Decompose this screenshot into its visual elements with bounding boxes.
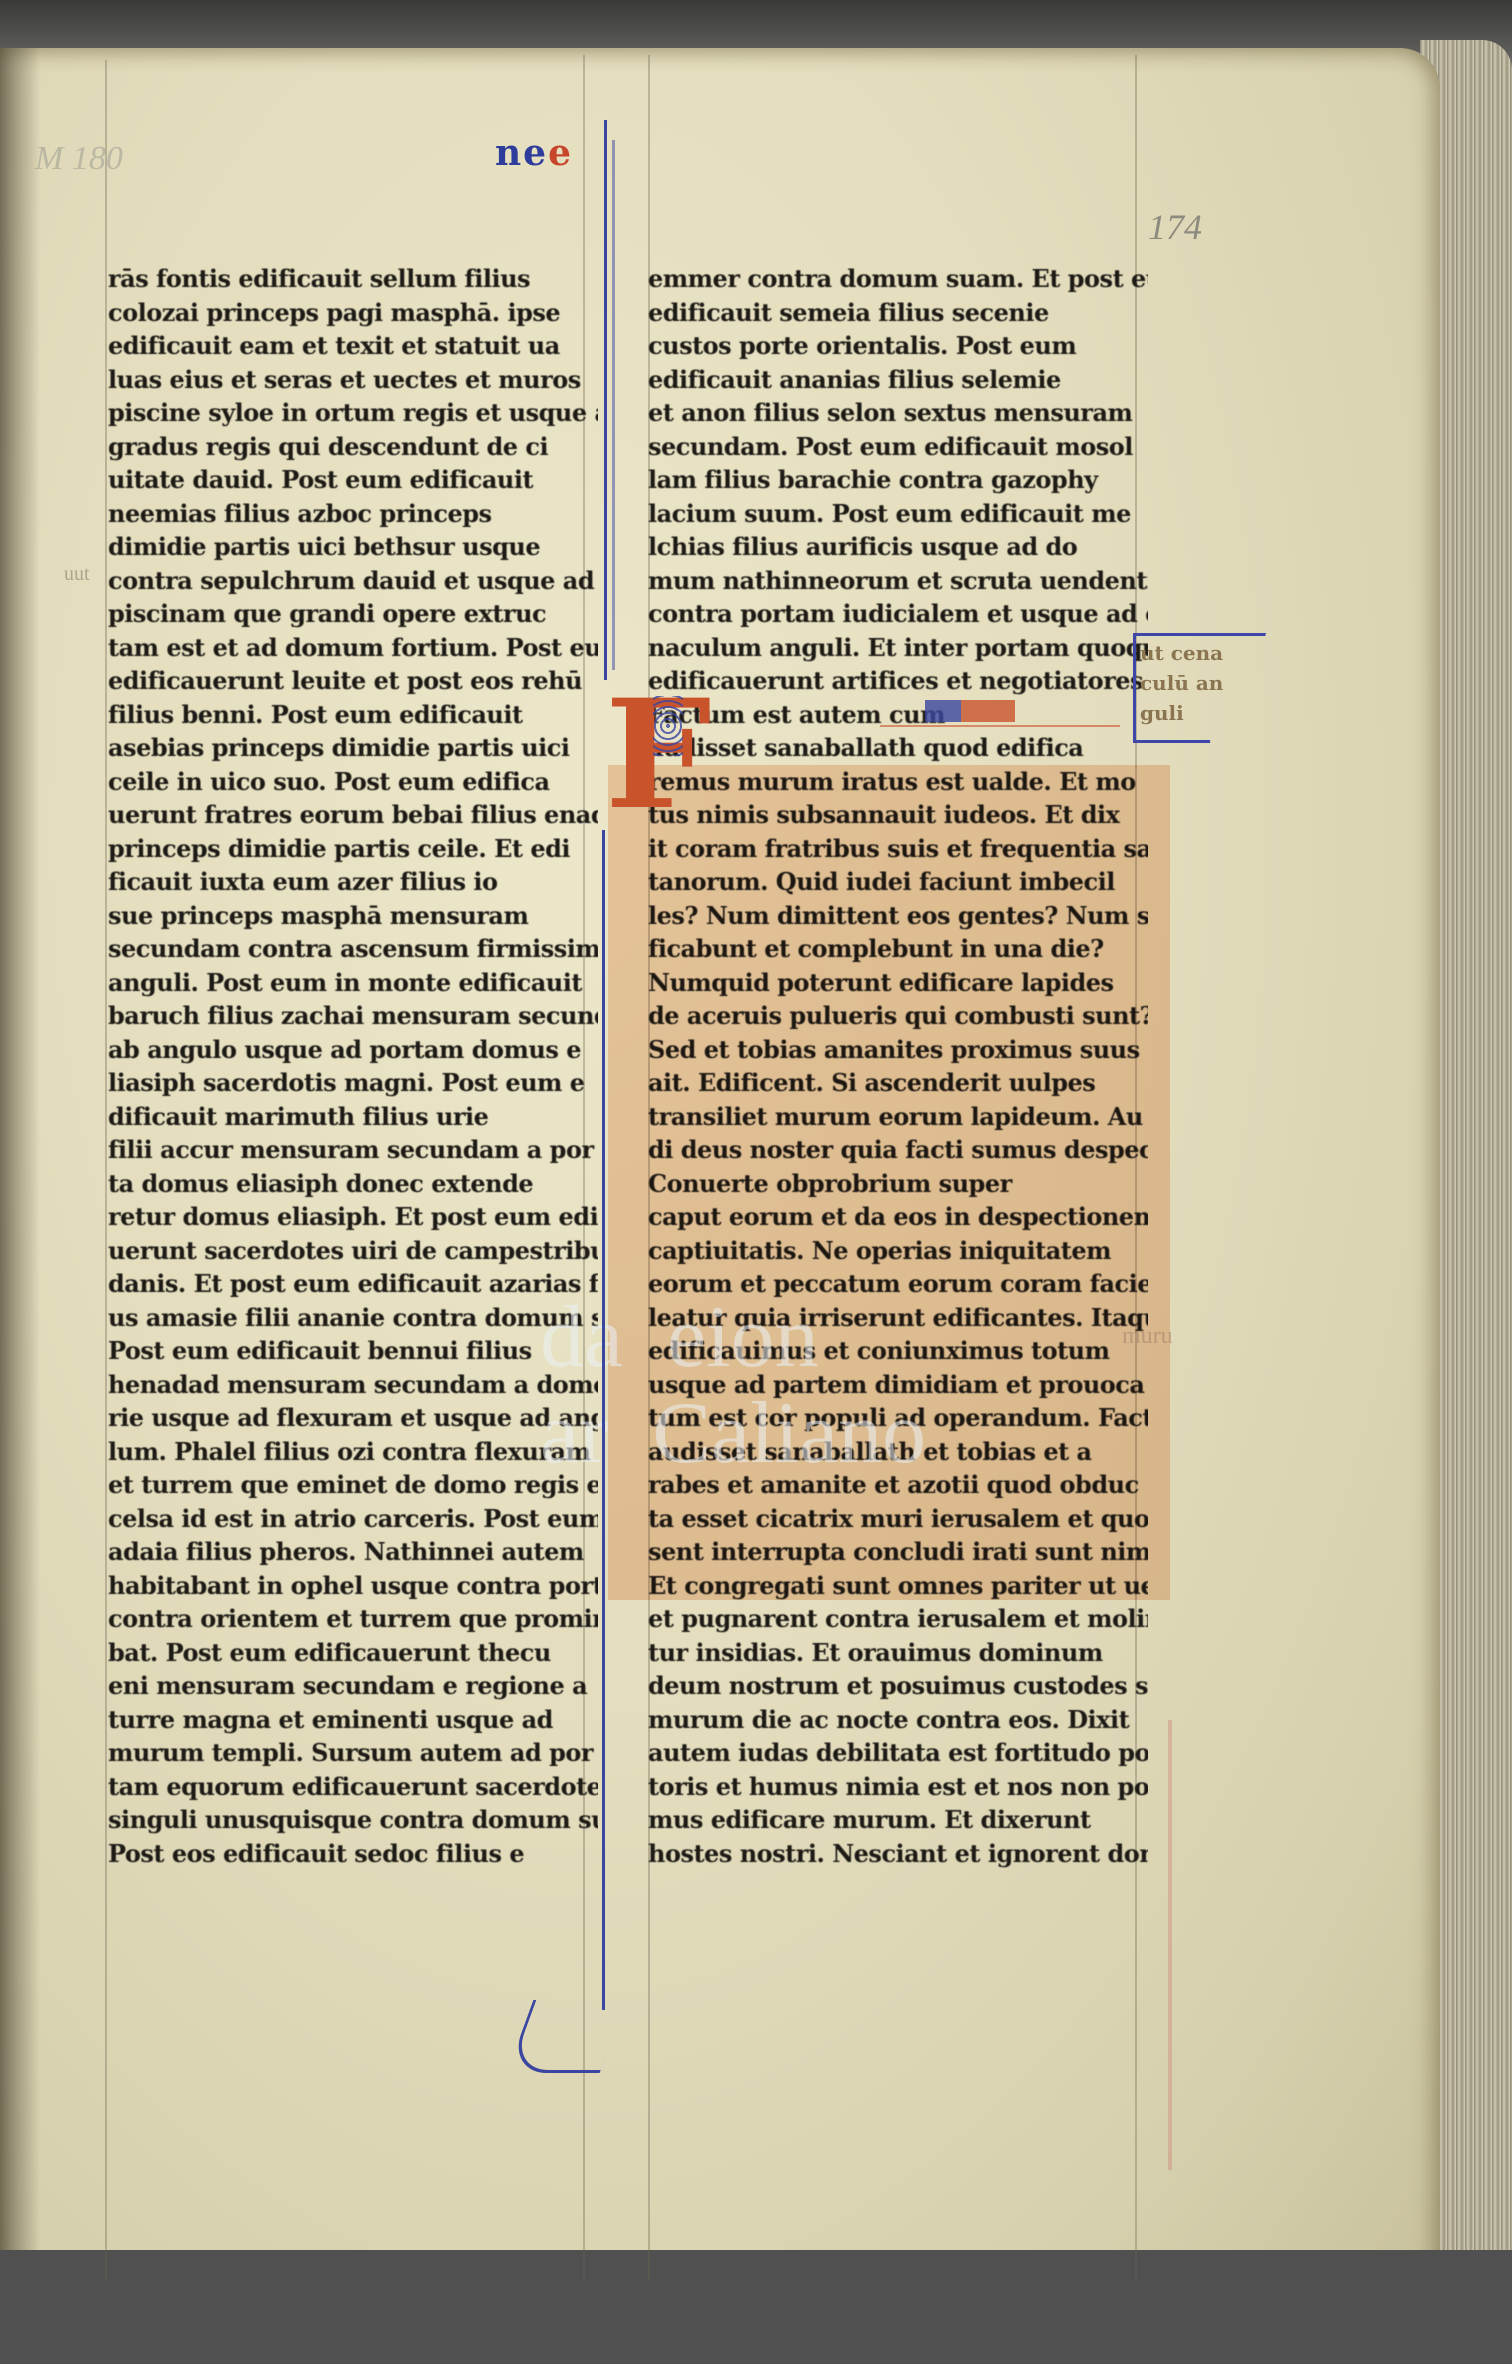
- text-line: Post eos edificauit sedoc filius e: [108, 1837, 598, 1871]
- text-line: princeps dimidie partis ceile. Et edi: [108, 832, 598, 866]
- text-line: audisset sanaballath quod edifica: [648, 731, 1148, 765]
- text-line: lacium suum. Post eum edificauit me: [648, 497, 1148, 531]
- text-line: singuli unusquisque contra domum suam.: [108, 1803, 598, 1837]
- paragraph-line: [880, 725, 1120, 727]
- text-line: edificauerunt leuite et post eos rehū: [108, 664, 598, 698]
- left-margin-note: uut: [64, 563, 90, 586]
- text-line: edificauit semeia filius secenie: [648, 296, 1148, 330]
- gutter-shadow: [0, 48, 40, 2288]
- text-line: edificauit ananias filius selemie: [648, 363, 1148, 397]
- text-line: danis. Et post eum edificauit azarias fi…: [108, 1267, 598, 1301]
- initial-penwork: [653, 696, 683, 756]
- text-line: murum die ac nocte contra eos. Dixit: [648, 1703, 1148, 1737]
- text-line: hostes nostri. Nesciant et ignorent done…: [648, 1837, 1148, 1871]
- text-line: naculum anguli. Et inter portam quoque g…: [648, 631, 1148, 665]
- text-line: toris et humus nimia est et nos non pote…: [648, 1770, 1148, 1804]
- text-line: baruch filius zachai mensuram secundam: [108, 999, 598, 1033]
- text-line: custos porte orientalis. Post eum: [648, 329, 1148, 363]
- ruling-left: [105, 60, 107, 2280]
- text-line: eni mensuram secundam e regione a: [108, 1669, 598, 1703]
- text-line: ficauit iuxta eum azer filius io: [108, 865, 598, 899]
- filigree-stem-lower: [602, 830, 605, 2010]
- text-line: emmer contra domum suam. Et post eum: [648, 262, 1148, 296]
- text-line: henadad mensuram secundam a domo aza: [108, 1368, 598, 1402]
- text-line: secundam contra ascensum firmissimi: [108, 932, 598, 966]
- right-margin-faded-note: muru: [1122, 1323, 1173, 1350]
- paragraph-mark-icon: [925, 700, 1015, 722]
- text-line: edificauit eam et texit et statuit ua: [108, 329, 598, 363]
- watermark: da eion ar Caliano: [540, 1290, 926, 1482]
- text-line: uerunt sacerdotes uiri de campestribus i…: [108, 1234, 598, 1268]
- running-head: nee: [495, 132, 573, 174]
- text-line: sue princeps masphā mensuram: [108, 899, 598, 933]
- text-line: Post eum edificauit bennui filius: [108, 1334, 598, 1368]
- text-line: piscine syloe in ortum regis et usque ad: [108, 396, 598, 430]
- margin-correction-text: ut cena culū an guli: [1140, 638, 1223, 728]
- text-line: us amasie filii ananie contra domum suam…: [108, 1301, 598, 1335]
- text-line: rās fontis edificauit sellum filius: [108, 262, 598, 296]
- text-line: edificauerunt artifices et negotiatores: [648, 664, 1148, 698]
- text-line: dimidie partis uici bethsur usque: [108, 530, 598, 564]
- text-line: ab angulo usque ad portam domus e: [108, 1033, 598, 1067]
- faint-red-rule: [1168, 1720, 1172, 2170]
- text-line: celsa id est in atrio carceris. Post eum…: [108, 1502, 598, 1536]
- backdrop-bottom: [0, 2250, 1512, 2364]
- text-line: mus edificare murum. Et dixerunt: [648, 1803, 1148, 1837]
- text-line: et pugnarent contra ierusalem et moliren…: [648, 1602, 1148, 1636]
- text-line: uitate dauid. Post eum edificauit: [108, 463, 598, 497]
- filigree-stem-inner: [612, 140, 615, 670]
- text-line: uerunt fratres eorum bebai filius enadad: [108, 798, 598, 832]
- text-line: filii accur mensuram secundam a por: [108, 1133, 598, 1167]
- filigree-stem-upper: [604, 120, 607, 680]
- text-line: neemias filius azboc princeps: [108, 497, 598, 531]
- text-line: contra orientem et turrem que prominebat…: [108, 1602, 598, 1636]
- text-line: dificauit marimuth filius urie: [108, 1100, 598, 1134]
- text-line: contra sepulchrum dauid et usque ad: [108, 564, 598, 598]
- text-line: habitabant in ophel usque contra portam …: [108, 1569, 598, 1603]
- text-line: anguli. Post eum in monte edificauit: [108, 966, 598, 1000]
- text-line: et anon filius selon sextus mensuram: [648, 396, 1148, 430]
- text-line: et turrem que eminet de domo regis ex: [108, 1468, 598, 1502]
- text-line: lam filius barachie contra gazophy: [648, 463, 1148, 497]
- text-line: lum. Phalel filius ozi contra flexuram: [108, 1435, 598, 1469]
- text-line: secundam. Post eum edificauit mosol: [648, 430, 1148, 464]
- text-line: deum nostrum et posuimus custodes super: [648, 1669, 1148, 1703]
- text-line: tam est et ad domum fortium. Post eum: [108, 631, 598, 665]
- text-line: rie usque ad flexuram et usque ad angu: [108, 1401, 598, 1435]
- text-line: mum nathinneorum et scruta uendentium: [648, 564, 1148, 598]
- text-line: tur insidias. Et orauimus dominum: [648, 1636, 1148, 1670]
- text-line: murum templi. Sursum autem ad por: [108, 1736, 598, 1770]
- text-line: contra portam iudicialem et usque ad ce: [648, 597, 1148, 631]
- text-line: adaia filius pheros. Nathinnei autem: [108, 1535, 598, 1569]
- text-line: retur domus eliasiph. Et post eum edific…: [108, 1200, 598, 1234]
- text-line: luas eius et seras et uectes et muros: [108, 363, 598, 397]
- text-line: autem iudas debilitata est fortitudo por…: [648, 1736, 1148, 1770]
- pencil-shelfmark: M 180: [35, 140, 123, 178]
- text-line: ta domus eliasiph donec extende: [108, 1167, 598, 1201]
- text-line: colozai princeps pagi masphā. ipse: [108, 296, 598, 330]
- text-line: liasiph sacerdotis magni. Post eum e: [108, 1066, 598, 1100]
- text-line: tam equorum edificauerunt sacerdotes: [108, 1770, 598, 1804]
- text-line: filius benni. Post eum edificauit: [108, 698, 598, 732]
- decorated-initial: F: [585, 660, 685, 830]
- folio-number: 174: [1148, 206, 1202, 248]
- text-column-left: rās fontis edificauit sellum filiuscoloz…: [108, 262, 598, 1870]
- text-line: turre magna et eminenti usque ad: [108, 1703, 598, 1737]
- text-line: ceile in uico suo. Post eum edifica: [108, 765, 598, 799]
- text-line: asebias princeps dimidie partis uici: [108, 731, 598, 765]
- text-line: lchias filius aurificis usque ad do: [648, 530, 1148, 564]
- text-line: gradus regis qui descendunt de ci: [108, 430, 598, 464]
- text-line: piscinam que grandi opere extruc: [108, 597, 598, 631]
- text-line: bat. Post eum edificauerunt thecu: [108, 1636, 598, 1670]
